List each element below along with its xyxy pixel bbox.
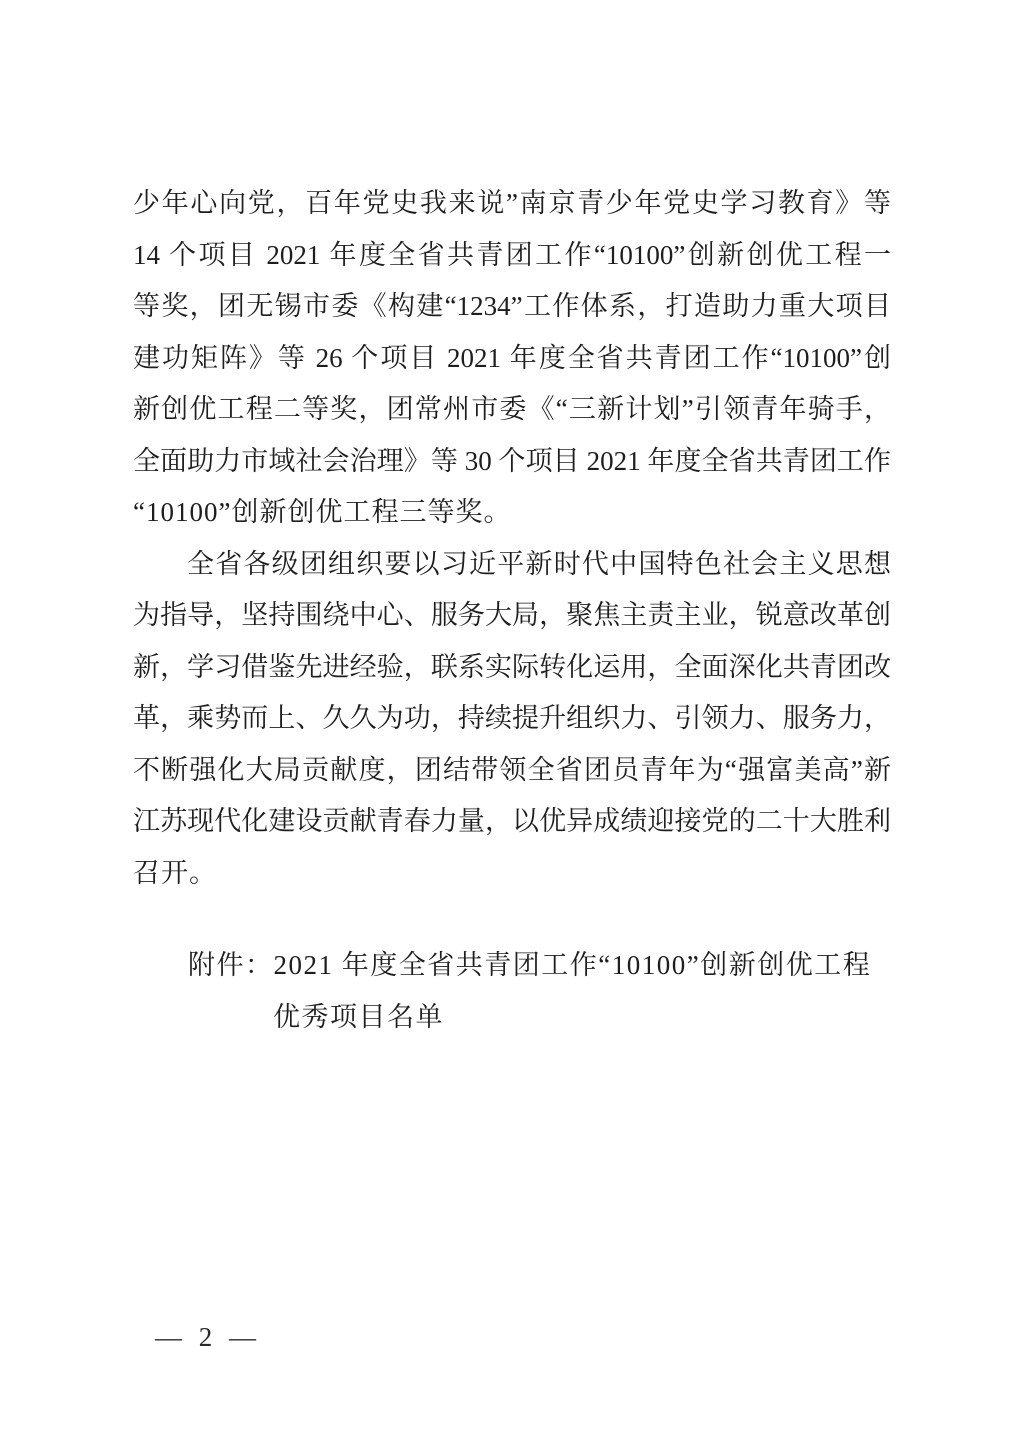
body-line: 江苏现代化建设贡献青春力量，以优异成绩迎接党的二十大胜利 <box>133 796 891 848</box>
attachment-line: 附件：2021 年度全省共青团工作“10100”创新创优工程 <box>133 940 923 992</box>
body-line: 革，乘势而上、久久为功，持续提升组织力、引领力、服务力， <box>133 693 891 745</box>
body-line: 建功矩阵》等 26 个项目 2021 年度全省共青团工作“10100”创 <box>133 333 891 385</box>
body-line: 全省各级团组织要以习近平新时代中国特色社会主义思想 <box>133 539 891 591</box>
body-line: 新，学习借鉴先进经验，联系实际转化运用，全面深化共青团改 <box>133 642 891 694</box>
body-line: 等奖，团无锡市委《构建“1234”工作体系，打造助力重大项目 <box>133 281 891 333</box>
document-page: 少年心向党，百年党史我来说”南京青少年党史学习教育》等 14 个项目 2021 … <box>0 0 1024 1448</box>
body-line: 少年心向党，百年党史我来说”南京青少年党史学习教育》等 <box>133 178 891 230</box>
body-line: 全面助力市域社会治理》等 30 个项目 2021 年度全省共青团工作 <box>133 436 891 488</box>
page-number: — 2 — <box>155 1322 256 1353</box>
attachment-line: 优秀项目名单 <box>133 992 923 1044</box>
document-body: 少年心向党，百年党史我来说”南京青少年党史学习教育》等 14 个项目 2021 … <box>133 178 891 899</box>
body-line: 不断强化大局贡献度，团结带领全省团员青年为“强富美高”新 <box>133 745 891 797</box>
body-line: 新创优工程二等奖，团常州市委《“三新计划”引领青年骑手， <box>133 384 891 436</box>
body-line: 为指导，坚持围绕中心、服务大局，聚焦主责主业，锐意改革创 <box>133 590 891 642</box>
attachment-block: 附件：2021 年度全省共青团工作“10100”创新创优工程 优秀项目名单 <box>133 940 923 1043</box>
page-number-text: — 2 — <box>155 1322 256 1352</box>
body-line: 召开。 <box>133 848 891 900</box>
body-line: “10100”创新创优工程三等奖。 <box>133 487 891 539</box>
body-line: 14 个项目 2021 年度全省共青团工作“10100”创新创优工程一 <box>133 230 891 282</box>
